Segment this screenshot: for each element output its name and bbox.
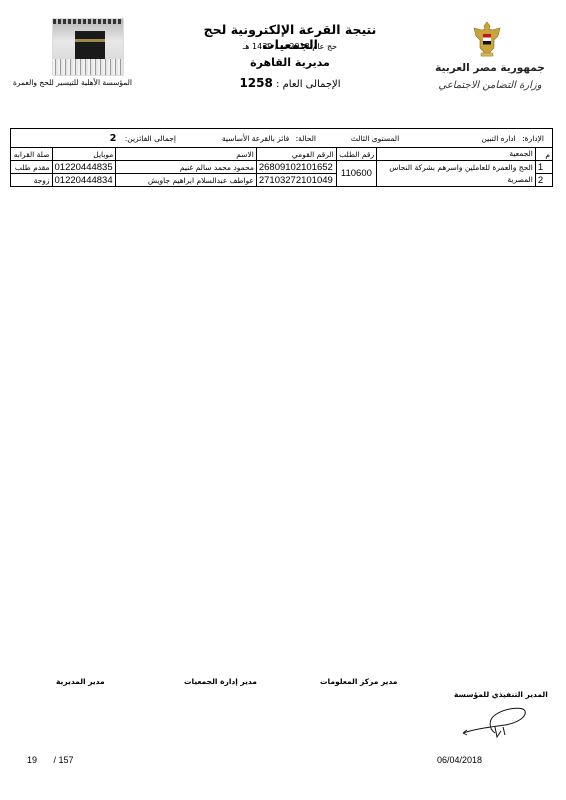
mobile-cell: 01220444834 — [52, 174, 116, 187]
table-header-row: م الجمعية رقم الطلب الرقم القومي الاسم م… — [11, 148, 553, 161]
name-cell: عواطف عبدالسلام ابراهيم جاويش — [116, 174, 257, 187]
republic-name: جمهورية مصر العربية — [430, 62, 550, 74]
administration: الإدارة: اداره التبين — [434, 134, 550, 143]
winners-total: إجمالى الفائزين: 2 — [56, 133, 176, 144]
signature-label-directorate: مدير المديرية — [56, 677, 105, 686]
report-date: 06/04/2018 — [437, 755, 482, 765]
name-cell: محمود محمد سالم غنيم — [116, 161, 257, 174]
level: المستوى الثالث — [316, 134, 434, 143]
row-index: 2 — [535, 174, 552, 187]
request-no-cell: 110600 — [336, 161, 376, 187]
association-cell: الحج والعمرة للعاملين واسرهم بشركة النحا… — [377, 161, 536, 187]
national-id-cell: 26809102101652 — [256, 161, 336, 174]
summary-row: الإدارة: اداره التبين المستوى الثالث الح… — [11, 129, 553, 148]
col-relation: صلة القرابه — [11, 148, 53, 161]
status: الحالة: فائز بالقرعة الأساسية — [176, 134, 316, 143]
mobile-cell: 01220444835 — [52, 161, 116, 174]
kaaba-image-icon — [52, 18, 124, 76]
signature-label-associations: مدير إدارة الجمعيات — [184, 677, 257, 686]
row-index: 1 — [535, 161, 552, 174]
col-national-id: الرقم القومي — [256, 148, 336, 161]
grand-total-value: 1258 — [239, 76, 272, 90]
signature-label-executive: المدير التنفيذي للمؤسسة — [454, 690, 548, 699]
grand-total-label: الإجمالى العام : — [276, 79, 341, 90]
col-index: م — [535, 148, 552, 161]
ministry-name: وزارة التضامن الاجتماعي — [430, 80, 550, 91]
table-row: 1 الحج والعمرة للعاملين واسرهم بشركة الن… — [11, 161, 553, 174]
col-name: الاسم — [116, 148, 257, 161]
signature-label-info-center: مدير مركز المعلومات — [320, 677, 397, 686]
page-total: / 157 — [54, 755, 74, 765]
col-mobile: موبايل — [52, 148, 116, 161]
foundation-logo: المؤسسة الأهلية للتيسير للحج والعمرة — [44, 18, 132, 98]
col-request-no: رقم الطلب — [336, 148, 376, 161]
page-indicator: 19 / 157 — [27, 755, 74, 765]
directorate-name: مديرية القاهرة — [190, 56, 390, 69]
egypt-eagle-emblem-icon — [470, 20, 504, 58]
relation-cell: مقدم طلب — [11, 161, 53, 174]
national-id-cell: 27103272101049 — [256, 174, 336, 187]
relation-cell: زوجة — [11, 174, 53, 187]
handwritten-signature-icon — [455, 705, 535, 745]
winners-table: الإدارة: اداره التبين المستوى الثالث الح… — [10, 128, 553, 187]
col-association: الجمعية — [377, 148, 536, 161]
foundation-name: المؤسسة الأهلية للتيسير للحج والعمرة — [44, 78, 132, 87]
grand-total: الإجمالى العام : 1258 — [190, 76, 390, 90]
page-current: 19 — [27, 755, 37, 765]
ministry-logo: جمهورية مصر العربية وزارة التضامن الاجتم… — [430, 18, 550, 108]
report-year: حج عام 2018 مـ / 1439 هـ — [190, 42, 390, 51]
